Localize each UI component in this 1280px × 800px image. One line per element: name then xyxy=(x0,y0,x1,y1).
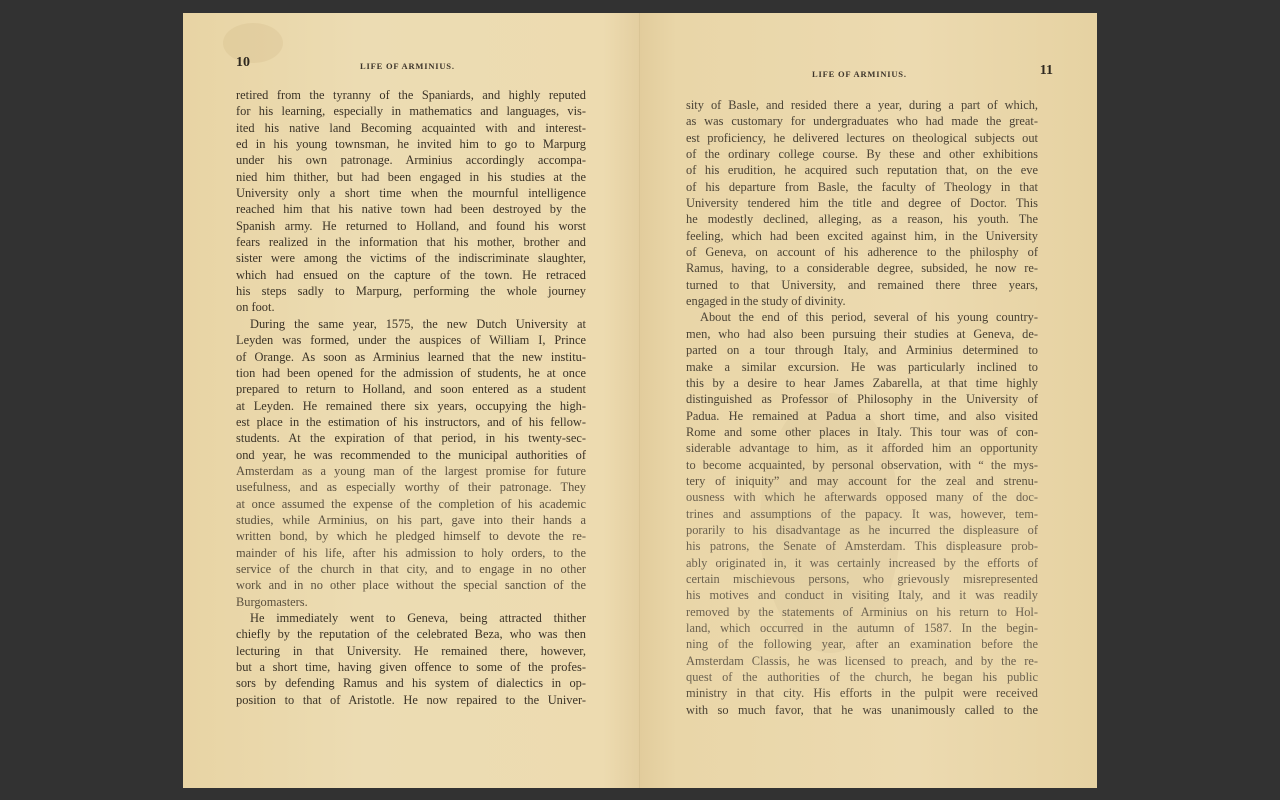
text-line: Amsterdam as a young man of the largest … xyxy=(236,463,586,479)
text-line: est proficiency, he delivered lectures o… xyxy=(686,130,1038,146)
text-line: sister were among the victims of the ind… xyxy=(236,250,586,266)
text-line: sity of Basle, and resided there a year,… xyxy=(686,97,1038,113)
text-line: ably originated in, it was certainly inc… xyxy=(686,555,1038,571)
text-line: which had ensued on the capture of the t… xyxy=(236,267,586,283)
text-line: his patrons, the Senate of Amsterdam. Th… xyxy=(686,538,1038,554)
text-line: ed in his young townsman, he invited him… xyxy=(236,136,586,152)
text-line: of the ordinary college course. By these… xyxy=(686,146,1038,162)
text-line: this by a desire to hear James Zabarella… xyxy=(686,375,1038,391)
text-line: but a short time, having given offence t… xyxy=(236,659,586,675)
text-line: ning of the following year, after an exa… xyxy=(686,636,1038,652)
text-line: usefulness, and as especially worthy of … xyxy=(236,479,586,495)
text-line: land, which occurred in the autumn of 15… xyxy=(686,620,1038,636)
text-line: Ramus, having, to a considerable degree,… xyxy=(686,260,1038,276)
text-line: work and in no other place without the s… xyxy=(236,577,586,593)
text-line: of his departure from Basle, the faculty… xyxy=(686,179,1038,195)
text-line: to become acquainted, by personal observ… xyxy=(686,457,1038,473)
text-line: retired from the tyranny of the Spaniard… xyxy=(236,87,586,103)
text-line: men, who had also been pursuing their st… xyxy=(686,326,1038,342)
right-page: LIFE OF ARMINIUS. 11 sity of Basle, and … xyxy=(640,13,1097,788)
text-line: University tendered him the title and de… xyxy=(686,195,1038,211)
text-line: position to that of Aristotle. He now re… xyxy=(236,692,586,708)
text-line: of Geneva, on account of his adherence t… xyxy=(686,244,1038,260)
text-line: of his erudition, he acquired such reput… xyxy=(686,162,1038,178)
text-line: University only a short time when the mo… xyxy=(236,185,586,201)
text-line: written bond, by which he pledged himsel… xyxy=(236,528,586,544)
text-line: nied him thither, but had been engaged i… xyxy=(236,169,586,185)
text-line: tery of iniquity” and may account for th… xyxy=(686,473,1038,489)
text-line: turned to that University, and remained … xyxy=(686,277,1038,293)
text-line: of Orange. As soon as Arminius learned t… xyxy=(236,349,586,365)
running-head: LIFE OF ARMINIUS. xyxy=(360,61,455,71)
text-line: at once assumed the expense of the compl… xyxy=(236,496,586,512)
body-text: sity of Basle, and resided there a year,… xyxy=(686,97,1038,718)
text-line: certain mischievous persons, who grievou… xyxy=(686,571,1038,587)
text-line: quest of the authorities of the church, … xyxy=(686,669,1038,685)
text-line: Rome and some other places in Italy. Thi… xyxy=(686,424,1038,440)
text-line: ond year, he was recommended to the muni… xyxy=(236,447,586,463)
text-line: chiefly by the reputation of the celebra… xyxy=(236,626,586,642)
text-line: for his learning, especially in mathemat… xyxy=(236,103,586,119)
text-line: as was customary for undergraduates who … xyxy=(686,113,1038,129)
text-line: parted on a tour through Italy, and Armi… xyxy=(686,342,1038,358)
text-line: siderable advantage to him, as it afford… xyxy=(686,440,1038,456)
text-line: at Leyden. He remained there six years, … xyxy=(236,398,586,414)
text-line: mainder of his life, after his admission… xyxy=(236,545,586,561)
book-spread: 10 LIFE OF ARMINIUS. retired from the ty… xyxy=(183,13,1097,788)
text-line: Amsterdam Classis, he was licensed to pr… xyxy=(686,653,1038,669)
text-line: fears realized in the information that h… xyxy=(236,234,586,250)
text-line: Padua. He remained at Padua a short time… xyxy=(686,408,1038,424)
page-number: 11 xyxy=(1040,63,1053,79)
text-line: He immediately went to Geneva, being att… xyxy=(236,610,586,626)
page-number: 10 xyxy=(236,55,250,71)
text-line: his steps sadly to Marpurg, performing t… xyxy=(236,283,586,299)
running-head: LIFE OF ARMINIUS. xyxy=(812,69,907,79)
text-line: reached him that his native town had bee… xyxy=(236,201,586,217)
text-line: engaged in the study of divinity. xyxy=(686,293,1038,309)
text-line: sors by defending Ramus and his system o… xyxy=(236,675,586,691)
text-line: he modestly declined, alleging, as a rea… xyxy=(686,211,1038,227)
text-line: service of the church in that city, and … xyxy=(236,561,586,577)
text-line: est place in the estimation of his instr… xyxy=(236,414,586,430)
text-line: removed by the statements of Arminius on… xyxy=(686,604,1038,620)
text-line: feeling, which had been excited against … xyxy=(686,228,1038,244)
text-line: tion had been opened for the admission o… xyxy=(236,365,586,381)
text-line: studies, while Arminius, on his part, ga… xyxy=(236,512,586,528)
paper-stain xyxy=(223,23,283,63)
text-line: prepared to return to Holland, and soon … xyxy=(236,381,586,397)
text-line: Leyden was formed, under the auspices of… xyxy=(236,332,586,348)
text-line: distinguished as Professor of Philosophy… xyxy=(686,391,1038,407)
text-line: his motives and conduct in visiting Ital… xyxy=(686,587,1038,603)
text-line: students. At the expiration of that peri… xyxy=(236,430,586,446)
text-line: During the same year, 1575, the new Dutc… xyxy=(236,316,586,332)
text-line: ited his native land Becoming acquainted… xyxy=(236,120,586,136)
text-line: lecturing in that University. He remaine… xyxy=(236,643,586,659)
text-line: Burgomasters. xyxy=(236,594,586,610)
text-line: trines and assumptions of the papacy. It… xyxy=(686,506,1038,522)
left-page: 10 LIFE OF ARMINIUS. retired from the ty… xyxy=(183,13,640,788)
text-line: ousness with which he afterwards opposed… xyxy=(686,489,1038,505)
text-line: make a similar excursion. He was particu… xyxy=(686,359,1038,375)
text-line: with so much favor, that he was unanimou… xyxy=(686,702,1038,718)
document-viewer: 10 LIFE OF ARMINIUS. retired from the ty… xyxy=(0,0,1280,800)
body-text: retired from the tyranny of the Spaniard… xyxy=(236,87,586,708)
text-line: on foot. xyxy=(236,299,586,315)
text-line: porarily to his disadvantage as he incur… xyxy=(686,522,1038,538)
text-line: under his own patronage. Arminius accord… xyxy=(236,152,586,168)
text-line: About the end of this period, several of… xyxy=(686,309,1038,325)
text-line: ministry in that city. His efforts in th… xyxy=(686,685,1038,701)
text-line: Spanish army. He returned to Holland, an… xyxy=(236,218,586,234)
